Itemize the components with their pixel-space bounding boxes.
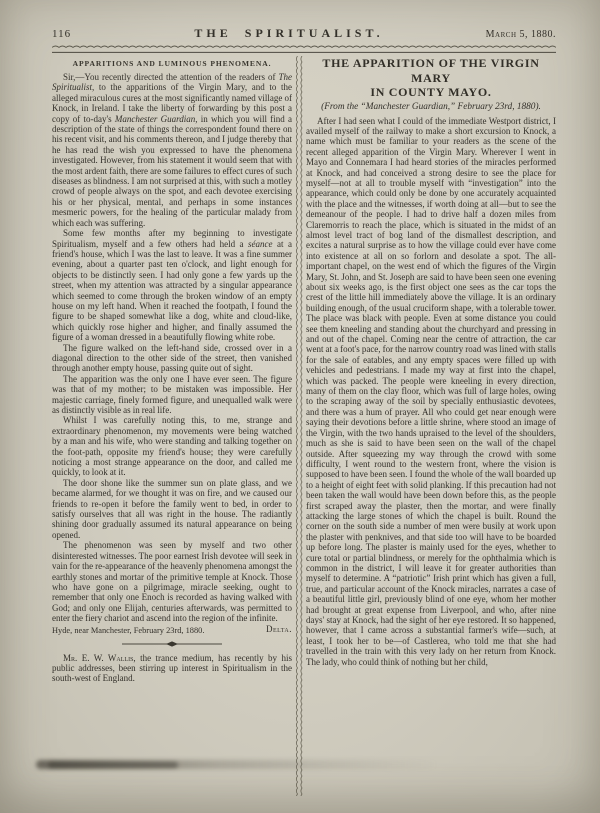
column-gap <box>292 56 306 796</box>
page-content: 116 THE SPIRITUALIST. March 5, 1880. APP… <box>52 26 556 796</box>
column-divider <box>294 56 305 796</box>
section-divider <box>120 640 224 648</box>
text-segment: Whilst I was carefully noting this, to m… <box>52 415 292 477</box>
issue-date: March 5, 1880. <box>446 29 556 40</box>
text-segment: Mr. E. W. Wallis <box>63 653 133 663</box>
masthead-wavy-rule <box>52 45 556 54</box>
paragraph: Sir,—You recently directed the attention… <box>52 72 292 228</box>
divider-diamond-icon <box>166 641 178 646</box>
text-segment: The door shone like the summer sun on pl… <box>52 478 292 540</box>
paragraph: After I had seen what I could of the imm… <box>306 116 556 668</box>
paragraph: The door shone like the summer sun on pl… <box>52 478 292 540</box>
text-segment: Sir,—You recently directed the attention… <box>63 72 279 82</box>
text-segment: séance <box>248 239 273 249</box>
paragraph: The phenomenon was seen by myself and tw… <box>52 540 292 623</box>
paragraph: Some few months after my beginning to in… <box>52 228 292 342</box>
right-article-body: After I had seen what I could of the imm… <box>306 116 556 668</box>
right-column: THE APPARITION OF THE VIRGIN MARY IN COU… <box>306 56 556 796</box>
divider-wavy-line-1 <box>296 56 297 796</box>
page-number: 116 <box>52 28 132 40</box>
scan-smudge-dark <box>48 762 178 768</box>
text-segment: The apparition was the only one I have e… <box>52 374 292 415</box>
right-article-source: (From the “Manchester Guardian,” Februar… <box>306 102 556 113</box>
text-segment: Manchester Guardian <box>115 114 195 124</box>
text-segment: The figure walked on the left-hand side,… <box>52 343 292 374</box>
scanned-page: 116 THE SPIRITUALIST. March 5, 1880. APP… <box>0 0 600 813</box>
text-segment: at a friend's house, which I was the las… <box>52 239 292 343</box>
news-item: Mr. E. W. Wallis, the trance medium, has… <box>52 653 292 684</box>
text-segment: , in which you will find a description o… <box>52 114 292 228</box>
left-article-title: APPARITIONS AND LUMINOUS PHENOMENA. <box>52 59 292 68</box>
left-article-body: Sir,—You recently directed the attention… <box>52 72 292 624</box>
paragraph: The apparition was the only one I have e… <box>52 374 292 416</box>
left-column: APPARITIONS AND LUMINOUS PHENOMENA. Sir,… <box>52 56 292 796</box>
masthead: 116 THE SPIRITUALIST. March 5, 1880. <box>52 26 556 41</box>
text-segment: After I had seen what I could of the imm… <box>306 116 556 667</box>
right-article-title-line1: THE APPARITION OF THE VIRGIN MARY <box>306 56 556 85</box>
divider-wavy-line-2 <box>300 56 301 796</box>
signature: Delta. <box>255 624 292 634</box>
paragraph: Whilst I was carefully noting this, to m… <box>52 415 292 477</box>
paragraph: Mr. E. W. Wallis, the trance medium, has… <box>52 653 292 684</box>
right-article-title-line2: IN COUNTY MAYO. <box>306 85 556 100</box>
wavy-line <box>52 46 556 47</box>
columns: APPARITIONS AND LUMINOUS PHENOMENA. Sir,… <box>52 56 556 796</box>
journal-title: THE SPIRITUALIST. <box>132 26 446 41</box>
paragraph: The figure walked on the left-hand side,… <box>52 343 292 374</box>
text-segment: The phenomenon was seen by myself and tw… <box>52 540 292 623</box>
